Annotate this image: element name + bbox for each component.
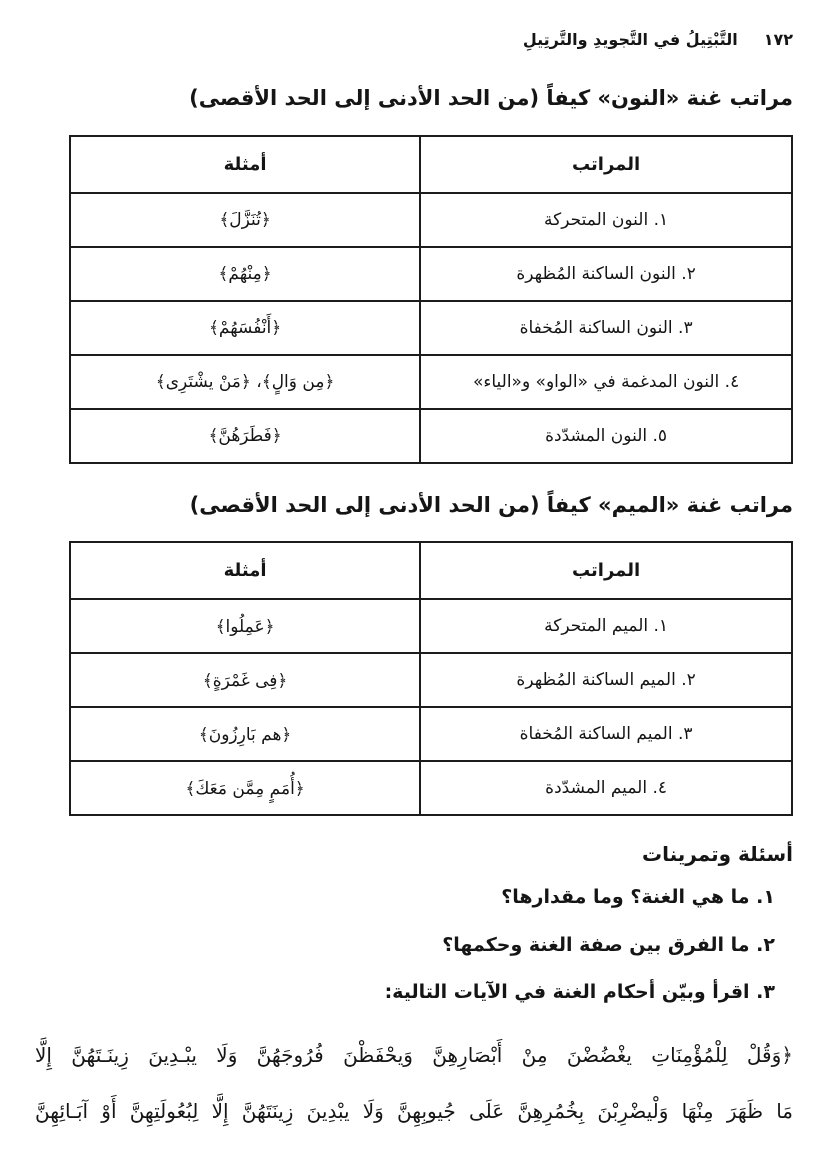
example-cell: ﴿مِن وَالٍ﴾، ﴿مَنْ يشْتَرِى﴾ bbox=[70, 355, 420, 409]
level-cell: ٣. الميم الساكنة المُخفاة bbox=[420, 707, 792, 761]
level-cell: ٢. الميم الساكنة المُظهرة bbox=[420, 653, 792, 707]
level-cell: ١. النون المتحركة bbox=[420, 193, 792, 247]
meem-section-heading: مراتب غنة «الميم» كيفاً (من الحد الأدنى … bbox=[35, 490, 793, 522]
example-cell: ﴿أُمَمٍ مِمَّن مَعَكَ﴾ bbox=[70, 761, 420, 815]
table-row: ٣. الميم الساكنة المُخفاة ﴿هم بَارِزُونَ… bbox=[70, 707, 792, 761]
table-row: ٥. النون المشدّدة ﴿فَطَرَهُنَّ﴾ bbox=[70, 409, 792, 463]
example-cell: ﴿فِى غَمْرَةٍ﴾ bbox=[70, 653, 420, 707]
levels-column-header: المراتب bbox=[420, 136, 792, 193]
document-page: ١٧٢ التَّبْتِيلُ في التَّجويدِ والتَّرتِ… bbox=[0, 0, 835, 1169]
table-row: ٢. الميم الساكنة المُظهرة ﴿فِى غَمْرَةٍ﴾ bbox=[70, 653, 792, 707]
table-row: ١. النون المتحركة ﴿تُنَزَّلَ﴾ bbox=[70, 193, 792, 247]
noon-levels-table: المراتب أمثلة ١. النون المتحركة ﴿تُنَزَّ… bbox=[69, 135, 793, 464]
page-header: ١٧٢ التَّبْتِيلُ في التَّجويدِ والتَّرتِ… bbox=[35, 30, 793, 49]
level-cell: ٤. النون المدغمة في «الواو» و«الياء» bbox=[420, 355, 792, 409]
example-cell: ﴿هم بَارِزُونَ﴾ bbox=[70, 707, 420, 761]
level-cell: ٤. الميم المشدّدة bbox=[420, 761, 792, 815]
question-2: ٢. ما الفرق بين صفة الغنة وحكمها؟ bbox=[35, 932, 775, 960]
quran-verse: ﴿وَقُلْ لِلْمُؤْمِنَاتِ يغْضُضْنَ مِنْ أ… bbox=[35, 1027, 793, 1139]
example-cell: ﴿تُنَزَّلَ﴾ bbox=[70, 193, 420, 247]
page-number: ١٧٢ bbox=[764, 30, 793, 49]
example-cell: ﴿عَمِلُوا﴾ bbox=[70, 599, 420, 653]
meem-levels-table: المراتب أمثلة ١. الميم المتحركة ﴿عَمِلُو… bbox=[69, 541, 793, 816]
example-cell: ﴿فَطَرَهُنَّ﴾ bbox=[70, 409, 420, 463]
question-1: ١. ما هي الغنة؟ وما مقدارها؟ bbox=[35, 884, 775, 912]
examples-column-header: أمثلة bbox=[70, 136, 420, 193]
example-cell: ﴿أَنْفُسَهُمْ﴾ bbox=[70, 301, 420, 355]
table-row: ١. الميم المتحركة ﴿عَمِلُوا﴾ bbox=[70, 599, 792, 653]
level-cell: ١. الميم المتحركة bbox=[420, 599, 792, 653]
examples-column-header: أمثلة bbox=[70, 542, 420, 599]
table-header-row: المراتب أمثلة bbox=[70, 136, 792, 193]
table-row: ٢. النون الساكنة المُظهرة ﴿مِنْهُمْ﴾ bbox=[70, 247, 792, 301]
verse-line-2: مَا ظَهَرَ مِنْهَا وَلْيضْرِبْنَ بِخُمُر… bbox=[35, 1083, 793, 1139]
example-cell: ﴿مِنْهُمْ﴾ bbox=[70, 247, 420, 301]
level-cell: ٥. النون المشدّدة bbox=[420, 409, 792, 463]
question-3: ٣. اقرأ وبيّن أحكام الغنة في الآيات التا… bbox=[35, 979, 775, 1007]
exercises-heading: أسئلة وتمرينات bbox=[35, 842, 793, 866]
level-cell: ٢. النون الساكنة المُظهرة bbox=[420, 247, 792, 301]
noon-section-heading: مراتب غنة «النون» كيفاً (من الحد الأدنى … bbox=[35, 83, 793, 115]
table-row: ٤. الميم المشدّدة ﴿أُمَمٍ مِمَّن مَعَكَ﴾ bbox=[70, 761, 792, 815]
book-title: التَّبْتِيلُ في التَّجويدِ والتَّرتِيلِ bbox=[523, 30, 738, 49]
table-header-row: المراتب أمثلة bbox=[70, 542, 792, 599]
verse-line-1: ﴿وَقُلْ لِلْمُؤْمِنَاتِ يغْضُضْنَ مِنْ أ… bbox=[35, 1027, 793, 1083]
table-row: ٤. النون المدغمة في «الواو» و«الياء» ﴿مِ… bbox=[70, 355, 792, 409]
table-row: ٣. النون الساكنة المُخفاة ﴿أَنْفُسَهُمْ﴾ bbox=[70, 301, 792, 355]
level-cell: ٣. النون الساكنة المُخفاة bbox=[420, 301, 792, 355]
levels-column-header: المراتب bbox=[420, 542, 792, 599]
